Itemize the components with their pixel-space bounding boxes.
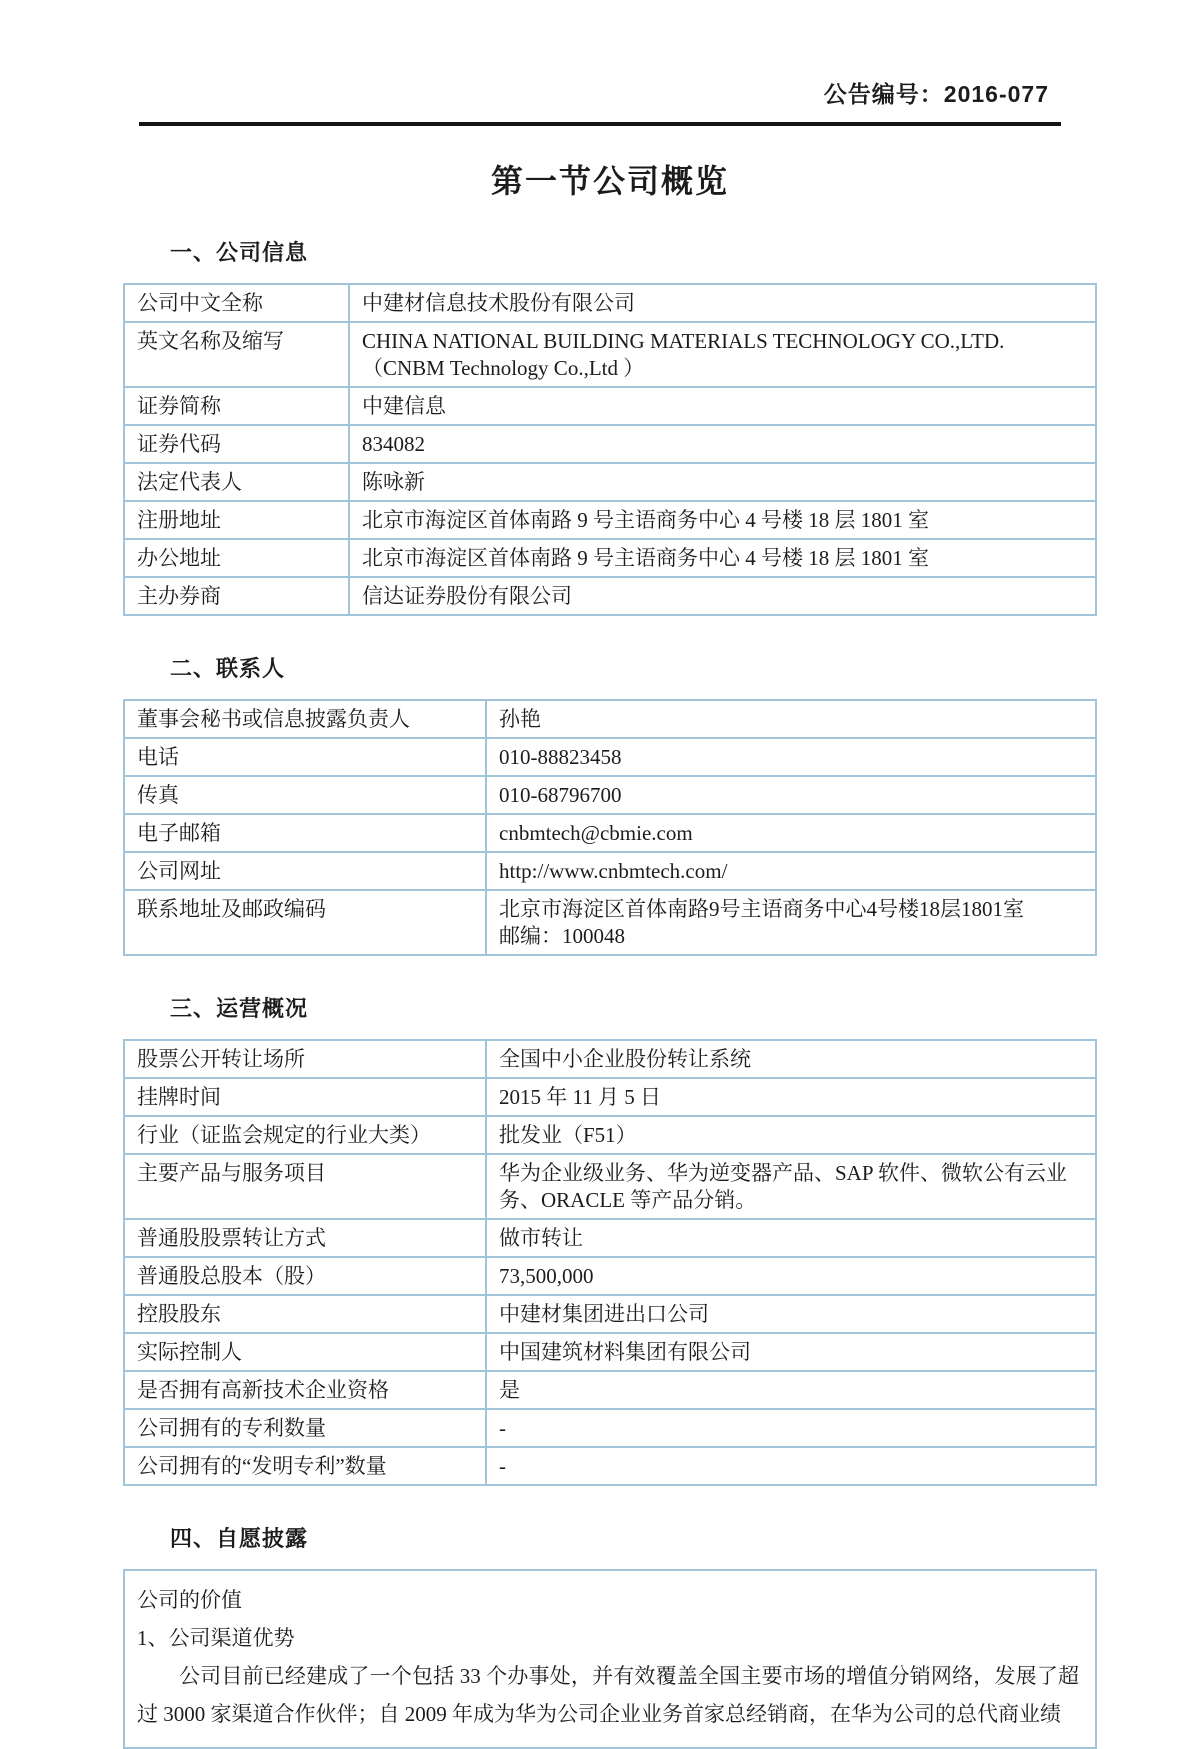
table-row: 行业（证监会规定的行业大类） 批发业（F51） (124, 1116, 1096, 1154)
row-value: 2015 年 11 月 5 日 (486, 1078, 1096, 1116)
row-value: 中建信息 (349, 387, 1096, 425)
row-value: 73,500,000 (486, 1257, 1096, 1295)
row-label: 控股股东 (124, 1295, 486, 1333)
row-value: 北京市海淀区首体南路 9 号主语商务中心 4 号楼 18 层 1801 室 (349, 539, 1096, 577)
row-label: 主要产品与服务项目 (124, 1154, 486, 1219)
row-value: http://www.cnbmtech.com/ (486, 852, 1096, 890)
row-label: 公司拥有的“发明专利”数量 (124, 1447, 486, 1485)
row-value: 834082 (349, 425, 1096, 463)
table-row: 实际控制人 中国建筑材料集团有限公司 (124, 1333, 1096, 1371)
table-row: 电话 010-88823458 (124, 738, 1096, 776)
row-value: 做市转让 (486, 1219, 1096, 1257)
row-value: 陈咏新 (349, 463, 1096, 501)
row-label: 行业（证监会规定的行业大类） (124, 1116, 486, 1154)
section-heading-contacts: 二、联系人 (123, 652, 1097, 683)
row-label: 传真 (124, 776, 486, 814)
disclosure-line-channel-title: 1、公司渠道优势 (137, 1619, 1079, 1657)
row-label: 公司拥有的专利数量 (124, 1409, 486, 1447)
operations-table: 股票公开转让场所 全国中小企业股份转让系统 挂牌时间 2015 年 11 月 5… (123, 1039, 1097, 1486)
row-value: 是 (486, 1371, 1096, 1409)
row-label: 股票公开转让场所 (124, 1040, 486, 1078)
row-value: 中建材集团进出口公司 (486, 1295, 1096, 1333)
row-label: 注册地址 (124, 501, 349, 539)
disclosure-line-value-title: 公司的价值 (137, 1581, 1079, 1619)
row-label: 普通股股票转让方式 (124, 1219, 486, 1257)
table-row: 证券代码 834082 (124, 425, 1096, 463)
row-label: 是否拥有高新技术企业资格 (124, 1371, 486, 1409)
row-label: 英文名称及缩写 (124, 322, 349, 387)
row-value: 信达证券股份有限公司 (349, 577, 1096, 615)
row-label: 证券简称 (124, 387, 349, 425)
table-row: 办公地址 北京市海淀区首体南路 9 号主语商务中心 4 号楼 18 层 1801… (124, 539, 1096, 577)
row-label: 办公地址 (124, 539, 349, 577)
announcement-number: 公告编号：2016-077 (123, 76, 1097, 109)
row-label: 证券代码 (124, 425, 349, 463)
contacts-table: 董事会秘书或信息披露负责人 孙艳 电话 010-88823458 传真 010-… (123, 699, 1097, 956)
row-value: - (486, 1447, 1096, 1485)
section-heading-company-info: 一、公司信息 (123, 236, 1097, 267)
row-value: 全国中小企业股份转让系统 (486, 1040, 1096, 1078)
company-info-table: 公司中文全称 中建材信息技术股份有限公司 英文名称及缩写 CHINA NATIO… (123, 283, 1097, 616)
row-value: cnbmtech@cbmie.com (486, 814, 1096, 852)
table-row: 证券简称 中建信息 (124, 387, 1096, 425)
row-value: CHINA NATIONAL BUILDING MATERIALS TECHNO… (349, 322, 1096, 387)
row-value: 中建材信息技术股份有限公司 (349, 284, 1096, 322)
table-row: 主办券商 信达证券股份有限公司 (124, 577, 1096, 615)
row-label: 公司中文全称 (124, 284, 349, 322)
row-value: 中国建筑材料集团有限公司 (486, 1333, 1096, 1371)
row-label: 公司网址 (124, 852, 486, 890)
header-divider (139, 122, 1061, 126)
table-row: 公司拥有的专利数量 - (124, 1409, 1096, 1447)
row-value: 华为企业级业务、华为逆变器产品、SAP 软件、微软公有云业务、ORACLE 等产… (486, 1154, 1096, 1219)
table-row: 挂牌时间 2015 年 11 月 5 日 (124, 1078, 1096, 1116)
table-row: 英文名称及缩写 CHINA NATIONAL BUILDING MATERIAL… (124, 322, 1096, 387)
table-row: 公司网址 http://www.cnbmtech.com/ (124, 852, 1096, 890)
row-value: 010-68796700 (486, 776, 1096, 814)
row-label: 联系地址及邮政编码 (124, 890, 486, 955)
row-value: 北京市海淀区首体南路 9 号主语商务中心 4 号楼 18 层 1801 室 (349, 501, 1096, 539)
table-row: 普通股股票转让方式 做市转让 (124, 1219, 1096, 1257)
disclosure-box: 公司的价值 1、公司渠道优势 公司目前已经建成了一个包括 33 个办事处，并有效… (123, 1569, 1097, 1749)
row-label: 挂牌时间 (124, 1078, 486, 1116)
row-value: 孙艳 (486, 700, 1096, 738)
row-value: 北京市海淀区首体南路9号主语商务中心4号楼18层1801室 邮编：100048 (486, 890, 1096, 955)
row-label: 实际控制人 (124, 1333, 486, 1371)
table-row: 普通股总股本（股） 73,500,000 (124, 1257, 1096, 1295)
table-row: 主要产品与服务项目 华为企业级业务、华为逆变器产品、SAP 软件、微软公有云业务… (124, 1154, 1096, 1219)
table-row: 董事会秘书或信息披露负责人 孙艳 (124, 700, 1096, 738)
table-row: 公司中文全称 中建材信息技术股份有限公司 (124, 284, 1096, 322)
row-label: 董事会秘书或信息披露负责人 (124, 700, 486, 738)
table-row: 联系地址及邮政编码 北京市海淀区首体南路9号主语商务中心4号楼18层1801室 … (124, 890, 1096, 955)
section-heading-operations: 三、运营概况 (123, 992, 1097, 1023)
row-value: - (486, 1409, 1096, 1447)
table-row: 注册地址 北京市海淀区首体南路 9 号主语商务中心 4 号楼 18 层 1801… (124, 501, 1096, 539)
table-row: 公司拥有的“发明专利”数量 - (124, 1447, 1096, 1485)
table-row: 控股股东 中建材集团进出口公司 (124, 1295, 1096, 1333)
table-row: 传真 010-68796700 (124, 776, 1096, 814)
row-value: 010-88823458 (486, 738, 1096, 776)
row-label: 主办券商 (124, 577, 349, 615)
page-title: 第一节公司概览 (123, 156, 1097, 202)
row-label: 普通股总股本（股） (124, 1257, 486, 1295)
row-label: 法定代表人 (124, 463, 349, 501)
table-row: 电子邮箱 cnbmtech@cbmie.com (124, 814, 1096, 852)
row-label: 电子邮箱 (124, 814, 486, 852)
table-row: 股票公开转让场所 全国中小企业股份转让系统 (124, 1040, 1096, 1078)
table-row: 是否拥有高新技术企业资格 是 (124, 1371, 1096, 1409)
section-heading-disclosure: 四、自愿披露 (123, 1522, 1097, 1553)
row-label: 电话 (124, 738, 486, 776)
disclosure-paragraph: 公司目前已经建成了一个包括 33 个办事处，并有效覆盖全国主要市场的增值分销网络… (137, 1657, 1079, 1733)
table-row: 法定代表人 陈咏新 (124, 463, 1096, 501)
row-value: 批发业（F51） (486, 1116, 1096, 1154)
document-page: 公告编号：2016-077 第一节公司概览 一、公司信息 公司中文全称 中建材信… (0, 0, 1200, 1697)
